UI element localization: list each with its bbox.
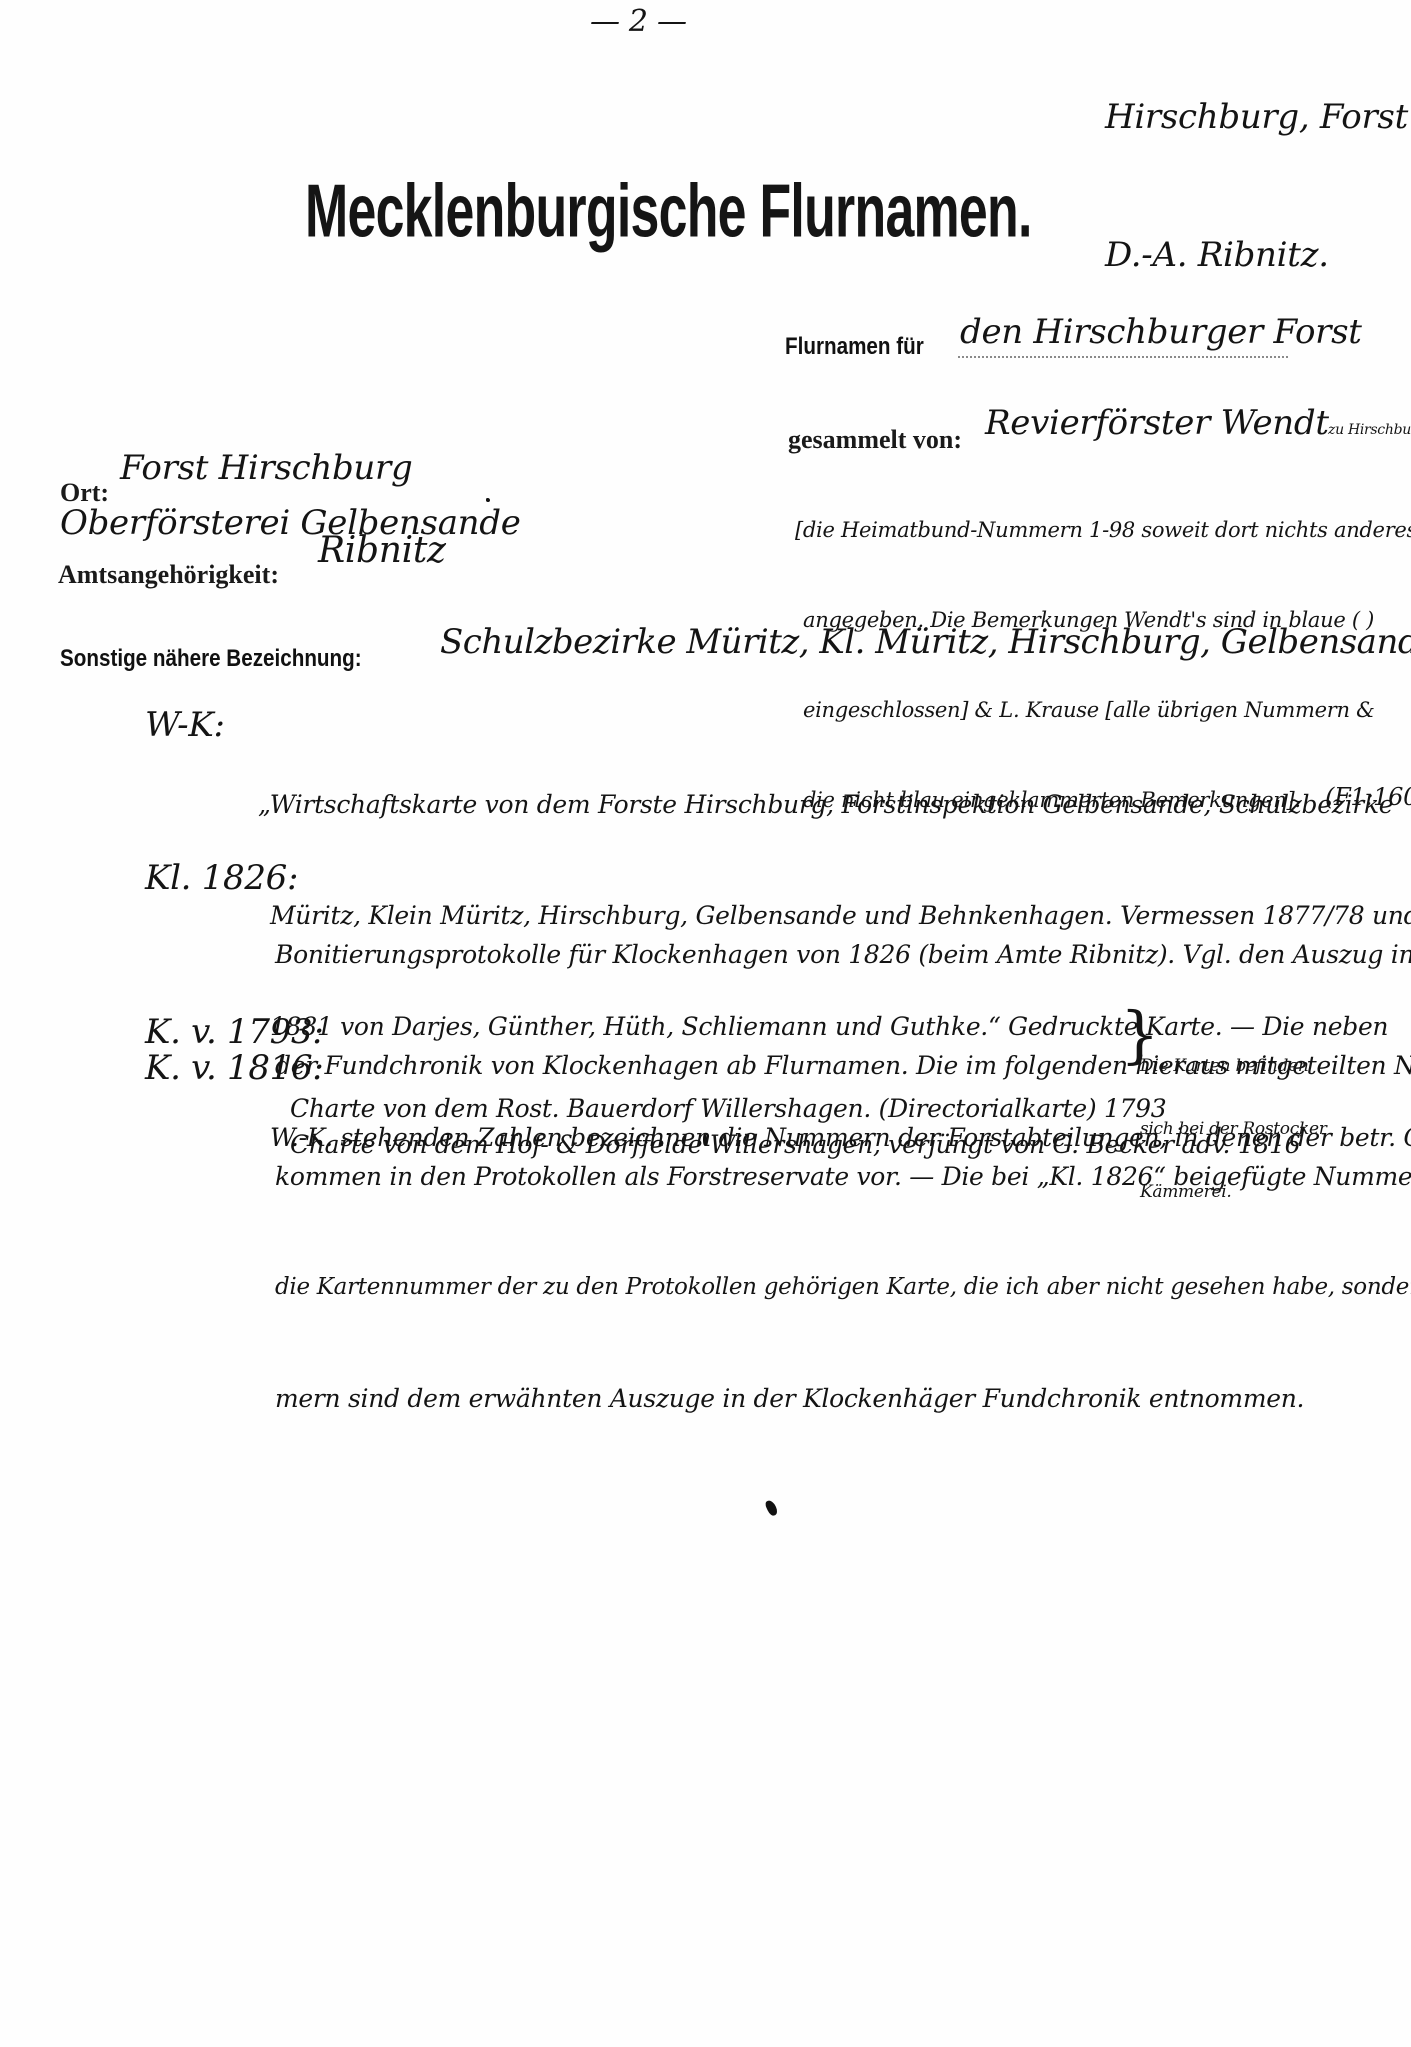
note-line: [die Heimatbund-Nummern 1-98 soweit dort… (795, 515, 1411, 545)
note-line: „Wirtschaftskarte von dem Forste Hirschb… (258, 786, 1411, 823)
sonstige-label: Sonstige nähere Bezeichnung: (60, 645, 362, 673)
archive-annotation-line2: D.-A. Ribnitz. (1105, 232, 1411, 278)
page-title: Mecklenburgische Flurnamen. (305, 168, 1032, 254)
flurnamen-fuer-value: den Hirschburger Forst (960, 312, 1362, 352)
page-number-mark: — 2 — (590, 4, 687, 39)
gesammelt-von-label: gesammelt von: (788, 425, 962, 455)
gesammelt-von-value: Revierförster Wendt (985, 403, 1329, 443)
ink-speck (486, 498, 490, 502)
fill-in-line (958, 356, 1288, 358)
amtsangehoerigkeit-value: Ribnitz (318, 530, 446, 571)
scale-margin-note: (F1:16000 (1325, 783, 1411, 811)
sonstige-value: Schulzbezirke Müritz, Kl. Müritz, Hirsch… (440, 622, 1411, 662)
ort-value-line2: Oberförsterei Gelbensande (60, 503, 521, 543)
gesammelt-von-suffix: zu Hirschburg. (1328, 422, 1411, 438)
ink-speck (703, 1134, 707, 1146)
flurnamen-fuer-label: Flurnamen für (785, 333, 924, 361)
side-note-line: sich bei der Rostocker (1140, 1119, 1327, 1140)
amtsangehoerigkeit-label: Amtsangehörigkeit: (58, 560, 279, 590)
document-page: — 2 — Hirschburg, Forst. D.-A. Ribnitz. … (0, 0, 1411, 2047)
archive-annotation-line1: Hirschburg, Forst. (1105, 94, 1411, 140)
ort-value: Forst Hirschburg (120, 448, 412, 488)
ink-speck (764, 1499, 779, 1517)
note-line: die Kartennummer der zu den Protokollen … (275, 1269, 1411, 1306)
side-note-line: Kämmerei. (1140, 1182, 1327, 1203)
note-line: mern sind dem erwähnten Auszuge in der K… (275, 1380, 1411, 1417)
note-key-wk: W-K: (145, 705, 225, 745)
side-note-line: Die Karten befinden (1140, 1056, 1327, 1077)
side-note: Die Karten befinden sich bei der Rostock… (1140, 1014, 1327, 1245)
note-line: Bonitierungsprotokolle für Klockenhagen … (275, 936, 1411, 973)
